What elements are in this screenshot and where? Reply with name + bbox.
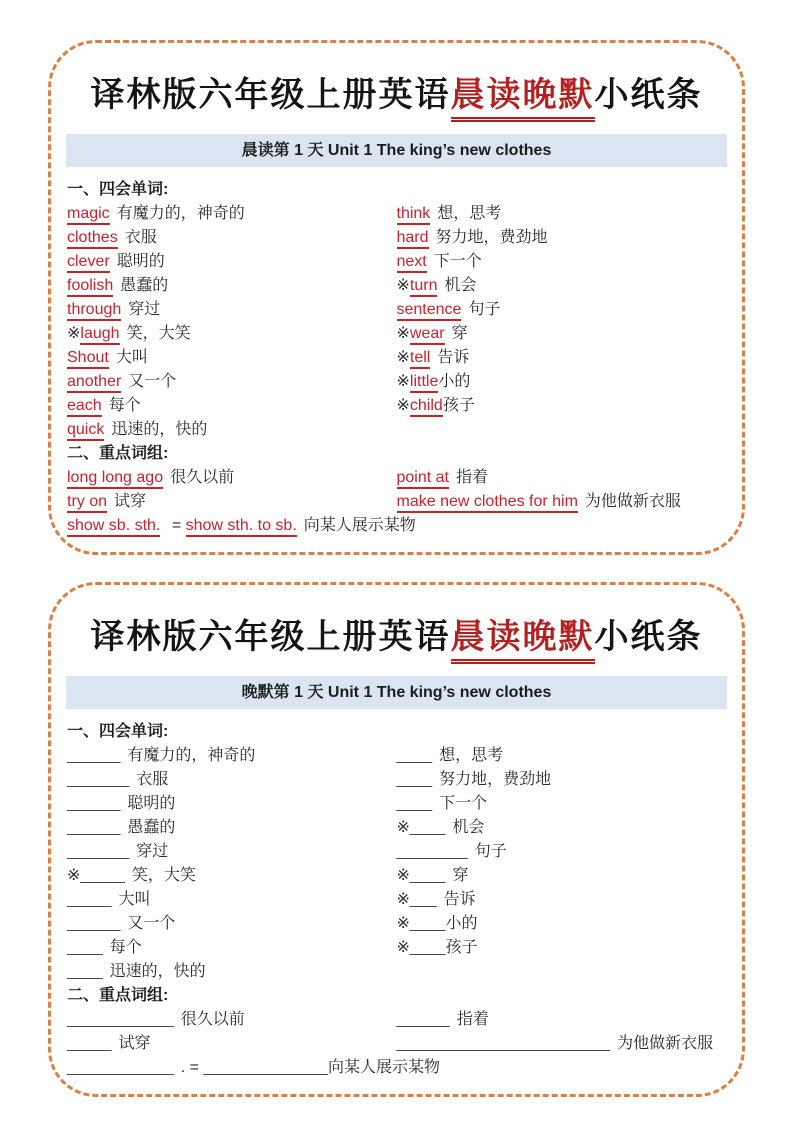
- chinese-meaning: 笑，大笑: [132, 867, 196, 884]
- blank-line: ________________________: [397, 1035, 611, 1052]
- english-word: child: [410, 397, 443, 417]
- english-word: think: [397, 205, 431, 225]
- word-row: ※tell告诉: [397, 346, 727, 370]
- chinese-meaning: 大叫: [119, 891, 151, 908]
- blank-line: _____: [67, 891, 112, 908]
- word-row: ※____机会: [397, 816, 727, 840]
- day-unit-banner: 晚默第 1 天 Unit 1 The king’s new clothes: [66, 676, 727, 709]
- word-row: ※child孩子: [397, 394, 727, 418]
- blank-line: _____: [67, 1035, 112, 1052]
- english-word: hard: [397, 229, 429, 249]
- blank-line: ____: [410, 867, 446, 884]
- star-marker: ※: [397, 373, 410, 390]
- english-word: each: [67, 397, 102, 417]
- chinese-meaning: 下一个: [439, 795, 487, 812]
- star-marker: ※: [67, 867, 80, 884]
- chinese-meaning: 衣服: [125, 229, 157, 246]
- word-row: _______穿过: [67, 840, 397, 864]
- chinese-meaning: 机会: [453, 819, 485, 836]
- english-word: sentence: [397, 301, 462, 321]
- word-row: ______愚蠢的: [67, 816, 397, 840]
- chinese-meaning: 试穿: [119, 1035, 151, 1052]
- blank-line: ____: [410, 915, 446, 932]
- title-pre: 译林版六年级上册英语: [91, 76, 451, 114]
- blank-line: ____: [397, 747, 433, 764]
- english-word: little: [410, 373, 438, 393]
- chinese-meaning: 想，思考: [439, 747, 503, 764]
- chinese-meaning: 向某人展示某物: [304, 517, 416, 534]
- blank-line: ____: [410, 819, 446, 836]
- phrases-right-column: ______指着________________________为他做新衣服: [397, 1008, 727, 1056]
- english-word: quick: [67, 421, 104, 441]
- word-row: ※____孩子: [397, 936, 727, 960]
- english-phrase-1: show sb. sth.: [67, 517, 160, 537]
- words-right-column: ____想，思考____努力地，费劲地____下一个※____机会_______…: [397, 744, 727, 984]
- english-word: through: [67, 301, 121, 321]
- chinese-meaning: 努力地，费劲地: [436, 229, 548, 246]
- word-row: _______衣服: [67, 768, 397, 792]
- phrases-section-title: 二、重点词组:: [67, 442, 726, 466]
- word-row: ____想，思考: [397, 744, 727, 768]
- chinese-meaning: 小的: [446, 915, 478, 932]
- star-marker: ※: [397, 891, 410, 908]
- word-row: Shout大叫: [67, 346, 397, 370]
- phrase-row: ______指着: [397, 1008, 727, 1032]
- card-content: 一、四会单词: ______有魔力的，神奇的_______衣服______聪明的…: [66, 720, 727, 1080]
- title-pre: 译林版六年级上册英语: [91, 618, 451, 656]
- english-phrase: point at: [397, 469, 449, 489]
- chinese-meaning: 句子: [468, 301, 500, 318]
- word-row: ※____小的: [397, 912, 727, 936]
- chinese-meaning: 句子: [475, 843, 507, 860]
- chinese-meaning: 机会: [444, 277, 476, 294]
- blank-line: ______: [67, 747, 120, 764]
- blank-line: ____: [397, 795, 433, 812]
- english-word: next: [397, 253, 427, 273]
- phrases-left-column: ____________很久以前_____试穿: [67, 1008, 397, 1056]
- word-row: foolish愚蠢的: [67, 274, 397, 298]
- english-phrase-2: show sth. to sb.: [186, 517, 297, 537]
- word-row: clothes衣服: [67, 226, 397, 250]
- star-marker: ※: [397, 819, 410, 836]
- word-row: ※____穿: [397, 864, 727, 888]
- chinese-meaning: 有魔力的，神奇的: [117, 205, 245, 222]
- phrase-row: make new clothes for him为他做新衣服: [397, 490, 727, 514]
- star-marker: ※: [397, 939, 410, 956]
- chinese-meaning: 穿过: [128, 301, 160, 318]
- english-word: Shout: [67, 349, 109, 369]
- word-row: ____下一个: [397, 792, 727, 816]
- phrase-row: ____________很久以前: [67, 1008, 397, 1032]
- word-row: ____每个: [67, 936, 397, 960]
- words-left-column: ______有魔力的，神奇的_______衣服______聪明的______愚蠢…: [67, 744, 397, 984]
- words-section-title: 一、四会单词:: [67, 178, 726, 202]
- word-row: ____努力地，费劲地: [397, 768, 727, 792]
- word-row: ※wear穿: [397, 322, 727, 346]
- chinese-meaning: 穿: [452, 325, 468, 342]
- phrase-row: point at指着: [397, 466, 727, 490]
- chinese-meaning: 愚蠢的: [127, 819, 175, 836]
- chinese-meaning: 聪明的: [127, 795, 175, 812]
- title-highlight: 晨读晚默: [451, 618, 595, 664]
- english-phrase: long long ago: [67, 469, 163, 489]
- word-row: ※laugh笑，大笑: [67, 322, 397, 346]
- chinese-meaning: 很久以前: [181, 1011, 245, 1028]
- star-marker: ※: [397, 325, 410, 342]
- chinese-meaning: 试穿: [114, 493, 146, 510]
- blank-line: ____: [397, 771, 433, 788]
- english-word: another: [67, 373, 121, 393]
- chinese-meaning: 告诉: [444, 891, 476, 908]
- star-marker: ※: [397, 915, 410, 932]
- word-row: each每个: [67, 394, 397, 418]
- star-marker: ※: [397, 397, 410, 414]
- chinese-meaning: 指着: [457, 1011, 489, 1028]
- blank-line-1: ____________: [67, 1059, 174, 1076]
- chinese-meaning: 迅速的，快的: [110, 963, 206, 980]
- word-row: quick迅速的，快的: [67, 418, 397, 442]
- star-marker: ※: [397, 867, 410, 884]
- phrases-columns: ____________很久以前_____试穿 ______指着________…: [67, 1008, 726, 1056]
- word-row: sentence句子: [397, 298, 727, 322]
- chinese-meaning: 大叫: [116, 349, 148, 366]
- word-row: another又一个: [67, 370, 397, 394]
- chinese-meaning: 穿过: [136, 843, 168, 860]
- card-title: 译林版六年级上册英语晨读晚默小纸条: [66, 55, 727, 126]
- chinese-meaning: 穿: [453, 867, 469, 884]
- chinese-meaning: 指着: [456, 469, 488, 486]
- phrase-row: long long ago很久以前: [67, 466, 397, 490]
- english-phrase: make new clothes for him: [397, 493, 578, 513]
- chinese-meaning: 衣服: [136, 771, 168, 788]
- word-row: _____大叫: [67, 888, 397, 912]
- title-post: 小纸条: [595, 76, 703, 114]
- chinese-meaning: 努力地，费劲地: [439, 771, 551, 788]
- word-row: ______聪明的: [67, 792, 397, 816]
- english-word: turn: [410, 277, 438, 297]
- word-row: ※turn机会: [397, 274, 727, 298]
- blank-line: ____________: [67, 1011, 174, 1028]
- chinese-meaning: 笑，大笑: [127, 325, 191, 342]
- chinese-meaning: 愚蠢的: [120, 277, 168, 294]
- word-row: ※little小的: [397, 370, 727, 394]
- phrase-full-row: ____________. = ______________向某人展示某物: [67, 1056, 726, 1080]
- phrases-columns: long long ago很久以前try on试穿 point at指着make…: [67, 466, 726, 514]
- phrase-row: try on试穿: [67, 490, 397, 514]
- equals-sign: . =: [181, 1059, 204, 1076]
- word-row: ※_____笑，大笑: [67, 864, 397, 888]
- star-marker: ※: [397, 349, 410, 366]
- word-row: hard努力地，费劲地: [397, 226, 727, 250]
- english-word: tell: [410, 349, 430, 369]
- chinese-meaning: 又一个: [128, 373, 176, 390]
- card-title: 译林版六年级上册英语晨读晚默小纸条: [66, 597, 727, 668]
- day-unit-banner: 晨读第 1 天 Unit 1 The king’s new clothes: [66, 134, 727, 167]
- blank-line-2: ______________: [203, 1059, 328, 1076]
- blank-line: ____: [67, 963, 103, 980]
- star-marker: ※: [67, 325, 80, 342]
- title-highlight: 晨读晚默: [451, 76, 595, 122]
- chinese-meaning: 有魔力的，神奇的: [127, 747, 255, 764]
- chinese-meaning: 为他做新衣服: [617, 1035, 713, 1052]
- blank-line: ___: [410, 891, 437, 908]
- word-row: through穿过: [67, 298, 397, 322]
- word-row: ________句子: [397, 840, 727, 864]
- phrase-row: ________________________为他做新衣服: [397, 1032, 727, 1056]
- word-row: ※___告诉: [397, 888, 727, 912]
- chinese-meaning: 孩子: [443, 397, 475, 414]
- chinese-meaning: 告诉: [437, 349, 469, 366]
- chinese-meaning: 下一个: [434, 253, 482, 270]
- english-word: wear: [410, 325, 445, 345]
- words-left-column: magic有魔力的，神奇的clothes衣服clever聪明的foolish愚蠢…: [67, 202, 397, 442]
- word-row: ______又一个: [67, 912, 397, 936]
- word-row: ______有魔力的，神奇的: [67, 744, 397, 768]
- chinese-meaning: 每个: [110, 939, 142, 956]
- blank-line: ________: [397, 843, 468, 860]
- phrases-left-column: long long ago很久以前try on试穿: [67, 466, 397, 514]
- blank-line: ______: [67, 795, 120, 812]
- blank-line: ______: [67, 819, 120, 836]
- words-right-column: think想，思考hard努力地，费劲地next下一个※turn机会senten…: [397, 202, 727, 442]
- word-row: next下一个: [397, 250, 727, 274]
- word-row: ____迅速的，快的: [67, 960, 397, 984]
- phrase-row: _____试穿: [67, 1032, 397, 1056]
- title-post: 小纸条: [595, 618, 703, 656]
- english-word: clever: [67, 253, 110, 273]
- phrases-right-column: point at指着make new clothes for him为他做新衣服: [397, 466, 727, 514]
- english-word: clothes: [67, 229, 118, 249]
- evening-dictation-card: 译林版六年级上册英语晨读晚默小纸条 晚默第 1 天 Unit 1 The kin…: [48, 582, 745, 1097]
- chinese-meaning: 每个: [109, 397, 141, 414]
- card-content: 一、四会单词: magic有魔力的，神奇的clothes衣服clever聪明的f…: [66, 178, 727, 538]
- morning-reading-card: 译林版六年级上册英语晨读晚默小纸条 晨读第 1 天 Unit 1 The kin…: [48, 40, 745, 555]
- english-word: laugh: [80, 325, 119, 345]
- worksheet-page: 译林版六年级上册英语晨读晚默小纸条 晨读第 1 天 Unit 1 The kin…: [0, 0, 793, 1097]
- blank-line: ____: [67, 939, 103, 956]
- words-columns: ______有魔力的，神奇的_______衣服______聪明的______愚蠢…: [67, 744, 726, 984]
- blank-line: _______: [67, 771, 129, 788]
- chinese-meaning: 聪明的: [117, 253, 165, 270]
- chinese-meaning: 又一个: [127, 915, 175, 932]
- chinese-meaning: 孩子: [446, 939, 478, 956]
- words-columns: magic有魔力的，神奇的clothes衣服clever聪明的foolish愚蠢…: [67, 202, 726, 442]
- words-section-title: 一、四会单词:: [67, 720, 726, 744]
- equals-sign: =: [167, 517, 185, 534]
- chinese-meaning: 迅速的，快的: [111, 421, 207, 438]
- chinese-meaning: 小的: [438, 373, 470, 390]
- english-phrase: try on: [67, 493, 107, 513]
- chinese-meaning: 向某人展示某物: [328, 1059, 440, 1076]
- word-row: clever聪明的: [67, 250, 397, 274]
- chinese-meaning: 很久以前: [170, 469, 234, 486]
- blank-line: _____: [80, 867, 125, 884]
- blank-line: ______: [67, 915, 120, 932]
- blank-line: ______: [397, 1011, 450, 1028]
- phrases-section-title: 二、重点词组:: [67, 984, 726, 1008]
- english-word: magic: [67, 205, 110, 225]
- chinese-meaning: 想，思考: [437, 205, 501, 222]
- chinese-meaning: 为他做新衣服: [585, 493, 681, 510]
- blank-line: _______: [67, 843, 129, 860]
- english-word: foolish: [67, 277, 113, 297]
- blank-line: ____: [410, 939, 446, 956]
- star-marker: ※: [397, 277, 410, 294]
- word-row: magic有魔力的，神奇的: [67, 202, 397, 226]
- word-row: think想，思考: [397, 202, 727, 226]
- phrase-full-row: show sb. sth. = show sth. to sb.向某人展示某物: [67, 514, 726, 538]
